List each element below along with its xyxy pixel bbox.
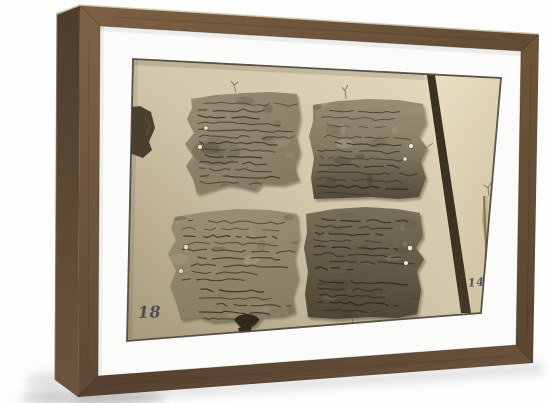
- product-mockup: 18 14: [0, 0, 550, 403]
- photograph-of-papyri: 18 14: [124, 59, 505, 341]
- photo-vignette: [127, 59, 501, 341]
- frame-side-panel: [55, 5, 80, 397]
- framed-print: 18 14: [0, 0, 550, 403]
